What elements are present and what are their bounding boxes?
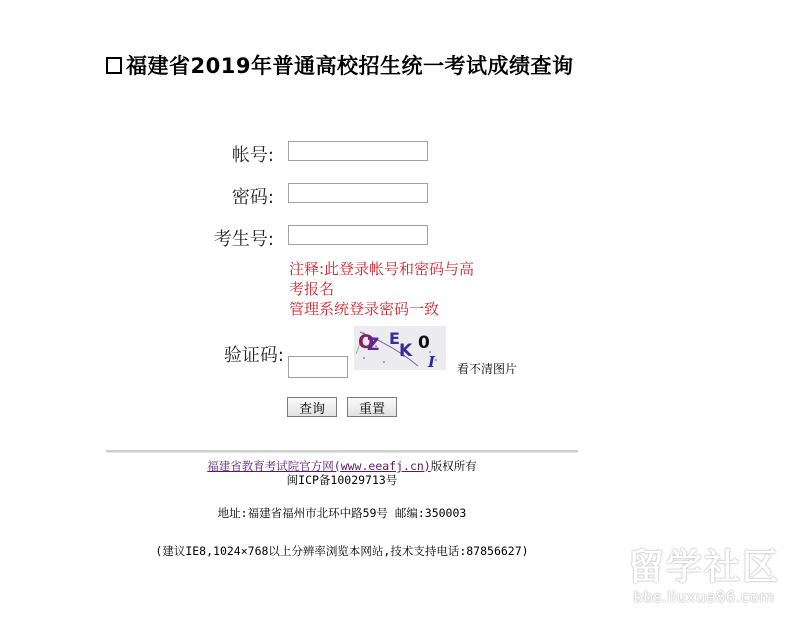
footer-support: (建议IE8,1024×768以上分辨率浏览本网站,技术支持电话:8785662… <box>106 543 578 559</box>
exam-number-label: 考生号: <box>184 225 274 251</box>
footer-divider <box>106 450 578 453</box>
captcha-label: 验证码: <box>194 341 284 367</box>
password-label: 密码: <box>184 183 274 209</box>
official-site-link[interactable]: 福建省教育考试院官方网(www.eeafj.cn) <box>207 459 430 473</box>
login-note: 注释:此登录帐号和密码与高 考报名 管理系统登录密码一致 <box>289 259 529 319</box>
watermark-title: 留学社区 <box>620 548 788 588</box>
captcha-image[interactable]: O Z E K 0 I <box>354 326 446 370</box>
reset-button[interactable]: 重置 <box>347 397 397 417</box>
captcha-input[interactable] <box>288 356 348 378</box>
account-input[interactable] <box>288 141 428 161</box>
svg-text:K: K <box>399 341 413 361</box>
note-line: 注释:此登录帐号和密码与高 <box>289 259 529 279</box>
captcha-graphic: O Z E K 0 I <box>354 326 446 370</box>
copyright-text: 版权所有 <box>431 459 477 473</box>
note-line: 管理系统登录密码一致 <box>289 299 529 319</box>
password-input[interactable] <box>288 183 428 203</box>
refresh-captcha-link[interactable]: 看不清图片 <box>457 360 517 377</box>
svg-text:I: I <box>427 353 436 370</box>
watermark: 留学社区 bbs.liuxue86.com <box>620 548 788 612</box>
checkbox-square-icon <box>106 57 122 74</box>
page-title-text: 福建省2019年普通高校招生统一考试成绩查询 <box>126 50 573 80</box>
svg-text:Z: Z <box>367 335 379 355</box>
footer-address: 地址:福建省福州市北环中路59号 邮编:350003 <box>106 505 578 521</box>
svg-text:0: 0 <box>418 333 430 353</box>
account-label: 帐号: <box>184 141 274 167</box>
footer-icp: 闽ICP备10029713号 <box>106 472 578 488</box>
watermark-url: bbs.liuxue86.com <box>620 588 788 606</box>
page-title: 福建省2019年普通高校招生统一考试成绩查询 <box>106 50 573 80</box>
note-line: 考报名 <box>289 279 529 299</box>
submit-button[interactable]: 查询 <box>287 397 337 417</box>
exam-number-input[interactable] <box>288 225 428 245</box>
